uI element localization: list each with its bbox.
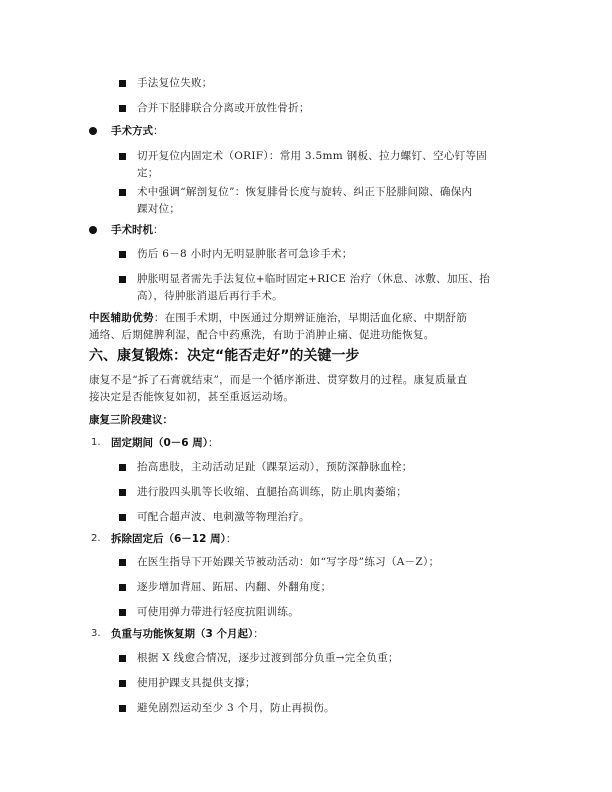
list-item: 切开复位内固定术（ORIF）：常用 3.5mm 钢板、拉力螺钉、空心钉等固: [137, 149, 487, 163]
list-item: 可配合超声波、电刺激等物理治疗。: [137, 510, 310, 524]
tcm-paragraph-line2: 通络、后期健脾利湿，配合中药熏洗，有助于消肿止痛、促进功能恢复。: [89, 328, 435, 342]
list-item: 进行股四头肌等长收缩、直腿抬高训练，防止肌肉萎缩；: [137, 485, 407, 499]
list-item: 术中强调“解剖复位”：恢复腓骨长度与旋转、纠正下胫腓间隙、确保内: [137, 185, 472, 199]
surgery-method-label: 手术方式: [111, 125, 153, 137]
list-item: 合并下胫腓联合分离或开放性骨折；: [137, 101, 310, 115]
round-bullet-icon: [89, 226, 97, 234]
stage-number: 1.: [91, 436, 101, 450]
surgery-timing-label: 手术时机: [111, 224, 153, 236]
list-item-continuation: 高），待肿胀消退后再行手术。: [137, 289, 283, 303]
stage-number: 2.: [91, 532, 101, 546]
square-bullet-icon: [119, 584, 126, 591]
surgery-timing-heading: 手术时机：: [111, 223, 164, 237]
square-bullet-icon: [119, 680, 126, 687]
tcm-label: 中医辅助优势: [89, 312, 154, 324]
square-bullet-icon: [119, 189, 126, 196]
intro-line1: 康复不是“拆了石膏就结束”，而是一个循序渐进、贯穿数月的过程。康复质量直: [89, 373, 468, 387]
tcm-paragraph-line1: 中医辅助优势：在围手术期，中医通过分期辨证施治，早期活血化瘀、中期舒筋: [89, 311, 467, 325]
list-item: 抬高患肢，主动活动足趾（踝泵运动），预防深静脉血栓；: [137, 460, 413, 474]
document-page: 手法复位失败； 合并下胫腓联合分离或开放性骨折； 手术方式： 切开复位内固定术（…: [0, 0, 612, 792]
square-bullet-icon: [119, 514, 126, 521]
square-bullet-icon: [119, 80, 126, 87]
square-bullet-icon: [119, 655, 126, 662]
square-bullet-icon: [119, 153, 126, 160]
surgery-method-heading: 手术方式：: [111, 124, 164, 138]
square-bullet-icon: [119, 251, 126, 258]
square-bullet-icon: [119, 705, 126, 712]
section-heading: 六、康复锻炼：决定“能否走好”的关键一步: [89, 347, 359, 365]
list-item: 伤后 6－8 小时内无明显肿胀者可急诊手术；: [137, 247, 353, 261]
stage-title: 固定期间（0－6 周）：: [111, 436, 219, 450]
list-item: 避免剧烈运动至少 3 个月，防止再损伤。: [137, 701, 335, 715]
stage-number: 3.: [91, 627, 101, 641]
list-item: 可使用弹力带进行轻度抗阻训练。: [137, 605, 299, 619]
list-item: 在医生指导下开始踝关节被动活动：如“写字母”练习（A－Z）；: [137, 555, 439, 569]
list-item: 根据 X 线愈合情况，逐步过渡到部分负重→完全负重；: [137, 651, 399, 665]
square-bullet-icon: [119, 559, 126, 566]
square-bullet-icon: [119, 464, 126, 471]
list-item-continuation: 踝对位；: [137, 202, 180, 216]
stage-title: 拆除固定后（6－12 周）：: [111, 532, 236, 546]
square-bullet-icon: [119, 609, 126, 616]
round-bullet-icon: [89, 127, 97, 135]
square-bullet-icon: [119, 105, 126, 112]
list-item: 手法复位失败；: [137, 76, 213, 90]
square-bullet-icon: [119, 489, 126, 496]
square-bullet-icon: [119, 276, 126, 283]
list-item: 逐步增加背屈、跖屈、内翻、外翻角度；: [137, 580, 331, 594]
stage-title: 负重与功能恢复期（3 个月起）：: [111, 627, 264, 641]
list-item: 使用护踝支具提供支撑；: [137, 676, 256, 690]
list-item: 肿胀明显者需先手法复位+临时固定+RICE 治疗（休息、冰敷、加压、抬: [137, 272, 490, 286]
list-item-continuation: 定；: [137, 166, 159, 180]
intro-line2: 接决定是否能恢复如初，甚至重返运动场。: [89, 390, 294, 404]
stages-title: 康复三阶段建议：: [89, 413, 173, 427]
